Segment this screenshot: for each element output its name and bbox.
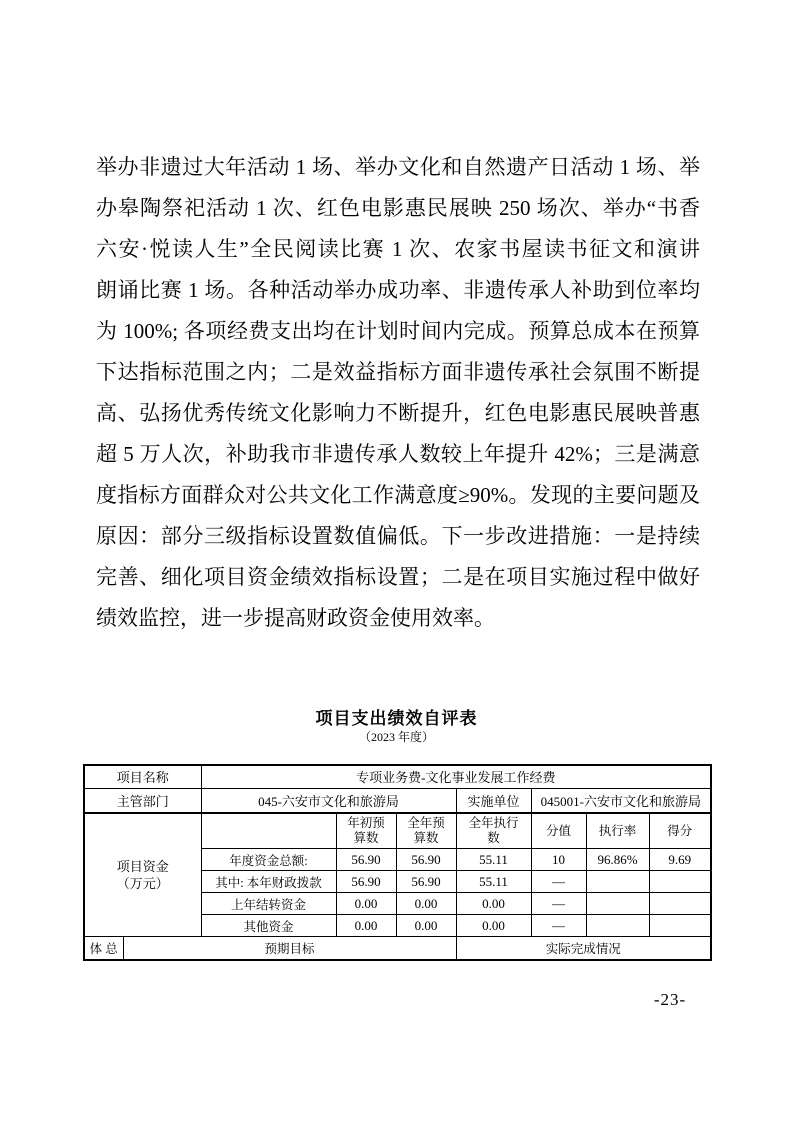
col-header-execution-rate: 执行率 bbox=[586, 813, 649, 849]
dept-label: 主管部门 bbox=[84, 788, 201, 813]
col-header-annual-executed: 全年执行数 bbox=[456, 813, 531, 849]
project-name-value: 专项业务费-文化事业发展工作经费 bbox=[201, 765, 711, 788]
paragraph-line: 六安·悦读人生”全民阅读比赛 1 次、农家书屋读书征文和演讲 bbox=[96, 229, 700, 270]
fund-score bbox=[649, 915, 711, 937]
fund-annual: 56.90 bbox=[396, 871, 456, 893]
fund-rate bbox=[586, 871, 649, 893]
fund-executed: 55.11 bbox=[456, 871, 531, 893]
performance-self-eval-table: 项目名称 专项业务费-文化事业发展工作经费 主管部门 045-六安市文化和旅游局… bbox=[83, 764, 712, 961]
fund-annual: 0.00 bbox=[396, 893, 456, 915]
page-number: -23- bbox=[630, 990, 710, 1010]
fund-weight: — bbox=[531, 871, 586, 893]
fund-row-label: 上年结转资金 bbox=[201, 893, 336, 915]
dept-value: 045-六安市文化和旅游局 bbox=[201, 788, 456, 813]
paragraph-line: 原因：部分三级指标设置数值偏低。下一步改进措施：一是持续 bbox=[96, 516, 700, 557]
paragraph-line: 下达指标范围之内；二是效益指标方面非遗传承社会氛围不断提 bbox=[96, 352, 700, 393]
fund-score bbox=[649, 893, 711, 915]
fund-executed: 0.00 bbox=[456, 915, 531, 937]
body-paragraph: 举办非遗过大年活动 1 场、举办文化和自然遗产日活动 1 场、举 办皋陶祭祀活动… bbox=[96, 147, 700, 639]
fund-row-label: 其他资金 bbox=[201, 915, 336, 937]
fund-score bbox=[649, 871, 711, 893]
paragraph-line: 绩效监控，进一步提高财政资金使用效率。 bbox=[96, 598, 700, 639]
paragraph-line: 朗诵比赛 1 场。各种活动举办成功率、非遗传承人补助到位率均 bbox=[96, 270, 700, 311]
fund-weight: 10 bbox=[531, 849, 586, 871]
actual-completion-header: 实际完成情况 bbox=[456, 937, 711, 960]
project-funds-label-line1: 项目资金 bbox=[89, 858, 197, 875]
fund-rate bbox=[586, 915, 649, 937]
col-header-score: 得分 bbox=[649, 813, 711, 849]
project-funds-label-line2: （万元） bbox=[89, 875, 197, 892]
fund-row-label: 年度资金总额: bbox=[201, 849, 336, 871]
empty-header-cell bbox=[201, 813, 336, 849]
expected-goal-header: 预期目标 bbox=[123, 937, 456, 960]
fund-annual: 0.00 bbox=[396, 915, 456, 937]
fund-weight: — bbox=[531, 893, 586, 915]
fund-annual: 56.90 bbox=[396, 849, 456, 871]
paragraph-line: 高、弘扬优秀传统文化影响力不断提升，红色电影惠民展映普惠 bbox=[96, 393, 700, 434]
fund-executed: 55.11 bbox=[456, 849, 531, 871]
table-subtitle: （2023 年度） bbox=[0, 728, 793, 745]
project-funds-label: 项目资金 （万元） bbox=[84, 813, 201, 937]
fund-executed: 0.00 bbox=[456, 893, 531, 915]
col-header-initial-budget: 年初预算数 bbox=[336, 813, 396, 849]
fund-rate bbox=[586, 893, 649, 915]
table-title: 项目支出绩效自评表 bbox=[0, 704, 793, 729]
paragraph-line: 为 100%; 各项经费支出均在计划时间内完成。预算总成本在预算 bbox=[96, 311, 700, 352]
fund-weight: — bbox=[531, 915, 586, 937]
paragraph-line: 完善、细化项目资金绩效指标设置；二是在项目实施过程中做好 bbox=[96, 557, 700, 598]
paragraph-line: 超 5 万人次，补助我市非遗传承人数较上年提升 42%；三是满意 bbox=[96, 434, 700, 475]
impl-unit-label: 实施单位 bbox=[456, 788, 531, 813]
paragraph-line: 办皋陶祭祀活动 1 次、红色电影惠民展映 250 场次、举办“书香 bbox=[96, 188, 700, 229]
paragraph-line: 度指标方面群众对公共文化工作满意度≥90%。发现的主要问题及 bbox=[96, 475, 700, 516]
fund-initial: 0.00 bbox=[336, 893, 396, 915]
fund-rate: 96.86% bbox=[586, 849, 649, 871]
fund-score: 9.69 bbox=[649, 849, 711, 871]
project-name-label: 项目名称 bbox=[84, 765, 201, 788]
fund-initial: 56.90 bbox=[336, 849, 396, 871]
overall-goal-partial-label: 体 总 bbox=[84, 937, 123, 960]
fund-initial: 0.00 bbox=[336, 915, 396, 937]
paragraph-line: 举办非遗过大年活动 1 场、举办文化和自然遗产日活动 1 场、举 bbox=[96, 147, 700, 188]
col-header-annual-budget: 全年预算数 bbox=[396, 813, 456, 849]
document-page: 举办非遗过大年活动 1 场、举办文化和自然遗产日活动 1 场、举 办皋陶祭祀活动… bbox=[0, 0, 793, 1122]
fund-initial: 56.90 bbox=[336, 871, 396, 893]
col-header-score-weight: 分值 bbox=[531, 813, 586, 849]
fund-row-label: 其中: 本年财政拨款 bbox=[201, 871, 336, 893]
impl-unit-value: 045001-六安市文化和旅游局 bbox=[531, 788, 711, 813]
